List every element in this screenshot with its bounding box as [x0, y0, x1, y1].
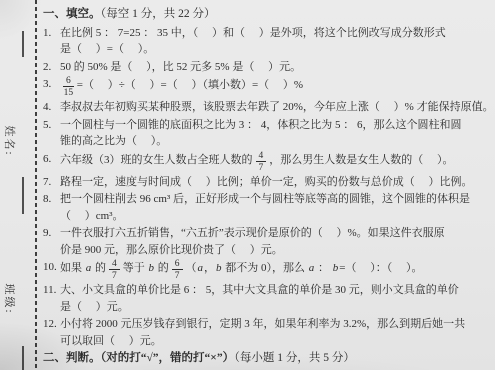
question-number: 1. — [43, 25, 51, 42]
question-text: 如果 — [60, 262, 85, 274]
question-number: 5. — [43, 117, 51, 134]
fraction-denominator: 7 — [256, 162, 267, 173]
question-text: 把一个圆柱削去 96 cm³ 后，正好形成一个与圆柱等底等高的圆锥，这个圆锥的体… — [60, 193, 470, 205]
question-line: 一个圆柱与一个圆锥的底面积之比为 3 ： 4，体积之比为 5 ： 6，那么这个圆… — [60, 117, 483, 134]
question-line: 是（ ）元。 — [60, 299, 483, 316]
question-item: 12.小付将 2000 元压岁钱存到银行，定期 3 年，如果年利率为 3.2%，… — [43, 316, 483, 349]
question-number: 6. — [43, 151, 51, 168]
question-text: 可以取回（ ）元。 — [60, 335, 162, 347]
question-text: 李叔叔去年初购买某种股票，该股票去年跌了 20%，今年应上涨（ ）% 才能保持原… — [60, 101, 494, 113]
question-text: 50 的 50% 是（ ），比 52 元多 5% 是（ ）元。 — [60, 61, 301, 73]
question-line: 把一个圆柱削去 96 cm³ 后，正好形成一个与圆柱等底等高的圆锥，这个圆锥的体… — [60, 191, 483, 208]
question-text: 是（ ）=（ ）。 — [60, 43, 154, 55]
question-text: ， — [204, 262, 215, 274]
question-item: 6.六年级（3）班的女生人数占全班人数的47，那么男生人数是女生人数的（ ）。 — [43, 151, 483, 173]
section-judge-title: 二、判断。（对的打“√”，错的打“×”） — [43, 352, 234, 364]
fraction-denominator: 15 — [63, 87, 74, 98]
fraction-numerator: 6 — [172, 259, 183, 270]
name-writing-line — [22, 177, 24, 214]
section-judge-meta: （每小题 1 分，共 5 分） — [234, 352, 355, 364]
name-label: 姓名: — [2, 124, 18, 158]
question-line: 锥的高之比为（ ）。 — [60, 133, 483, 150]
section-judge-header: 二、判断。（对的打“√”，错的打“×”）（每小题 1 分，共 5 分） — [43, 350, 483, 367]
question-line: 可以取回（ ）元。 — [60, 333, 483, 350]
variable: b — [215, 262, 223, 274]
question-number: 2. — [43, 59, 51, 76]
fraction: 47 — [256, 151, 267, 173]
fraction-numerator: 4 — [109, 259, 120, 270]
fraction-denominator: 7 — [109, 270, 120, 281]
binding-dashed-line — [35, 0, 37, 370]
question-number: 4. — [43, 99, 51, 116]
question-number: 11. — [43, 282, 56, 299]
question-text: ： — [315, 262, 332, 274]
variable: b — [148, 262, 156, 274]
question-line: （ ）cm³。 — [60, 208, 483, 225]
question-line: 50 的 50% 是（ ），比 52 元多 5% 是（ ）元。 — [60, 59, 483, 76]
question-text: =（ ）：（ ）。 — [339, 262, 422, 274]
question-number: 7. — [43, 174, 51, 191]
question-line: 如果 a 的47等于 b 的67（a，b 都不为 0），那么 a ： b=（ ）… — [60, 259, 483, 281]
question-line: 大、小文具盒的单价比是 6 ： 5，其中大文具盒的单价是 30 元，则小文具盒的… — [60, 282, 483, 299]
question-text: 路程一定，速度与时间成（ ）比例；单价一定，购买的份数与总价成（ ）比例。 — [60, 176, 473, 188]
question-item: 11.大、小文具盒的单价比是 6 ： 5，其中大文具盒的单价是 30 元，则小文… — [43, 282, 483, 315]
question-text: 锥的高之比为（ ）。 — [60, 135, 167, 147]
question-text: 等于 — [123, 262, 148, 274]
question-text: （ — [186, 262, 197, 274]
question-number: 12. — [43, 316, 57, 333]
section-fill-in-title: 一、填空。 — [43, 8, 101, 20]
question-text: ，那么男生人数是女生人数的（ ）。 — [269, 154, 453, 166]
exam-paper-page: 姓名: 班级: 一、填空。（每空 1 分，共 22 分） 1.在比例 5 ： 7… — [0, 0, 495, 370]
question-line: 一件衣服打六五折销售，“六五折”表示现价是原价的（ ）%。如果这件衣服原 — [60, 225, 483, 242]
question-line: 在比例 5 ： 7=25 ： 35 中，（ ）和（ ）是外项，将这个比例改写成分… — [60, 25, 483, 42]
question-text: 一件衣服打六五折销售，“六五折”表示现价是原价的（ ）%。如果这件衣服原 — [60, 227, 445, 239]
question-text: =（ ）÷（ ）=（ ）（填小数）=（ ）% — [77, 79, 303, 91]
question-item: 4.李叔叔去年初购买某种股票，该股票去年跌了 20%，今年应上涨（ ）% 才能保… — [43, 99, 483, 116]
question-line: 是（ ）=（ ）。 — [60, 41, 483, 58]
question-line: 小付将 2000 元压岁钱存到银行，定期 3 年，如果年利率为 3.2%，那么到… — [60, 316, 483, 333]
fraction: 615 — [63, 76, 74, 98]
question-text: 是（ ）元。 — [60, 301, 129, 313]
question-text: （ ）cm³。 — [60, 210, 124, 222]
question-line: 615=（ ）÷（ ）=（ ）（填小数）=（ ）% — [60, 76, 483, 98]
question-item: 7.路程一定，速度与时间成（ ）比例；单价一定，购买的份数与总价成（ ）比例。 — [43, 174, 483, 191]
question-text: 的 — [92, 262, 106, 274]
question-item: 3.615=（ ）÷（ ）=（ ）（填小数）=（ ）% — [43, 76, 483, 98]
section-fill-in-header: 一、填空。（每空 1 分，共 22 分） — [43, 6, 483, 23]
fraction: 47 — [109, 259, 120, 281]
question-number: 8. — [43, 191, 51, 208]
question-text: 大、小文具盒的单价比是 6 ： 5，其中大文具盒的单价是 30 元，则小文具盒的… — [60, 284, 459, 296]
question-item: 5.一个圆柱与一个圆锥的底面积之比为 3 ： 4，体积之比为 5 ： 6，那么这… — [43, 117, 483, 150]
fraction-numerator: 4 — [256, 151, 267, 162]
question-item: 10.如果 a 的47等于 b 的67（a，b 都不为 0），那么 a ： b=… — [43, 259, 483, 281]
fraction: 67 — [172, 259, 183, 281]
class-writing-line — [22, 346, 24, 370]
question-number: 9. — [43, 225, 51, 242]
question-text: 都不为 0），那么 — [223, 262, 308, 274]
class-label: 班级: — [2, 282, 18, 316]
question-text: 小付将 2000 元压岁钱存到银行，定期 3 年，如果年利率为 3.2%，那么到… — [60, 318, 465, 330]
question-text: 价是 900 元，那么原价比现价贵了（ ）元。 — [60, 244, 283, 256]
question-line: 价是 900 元，那么原价比现价贵了（ ）元。 — [60, 242, 483, 259]
question-number: 3. — [43, 76, 51, 93]
question-text: 六年级（3）班的女生人数占全班人数的 — [60, 154, 253, 166]
question-item: 2.50 的 50% 是（ ），比 52 元多 5% 是（ ）元。 — [43, 59, 483, 76]
fraction-denominator: 7 — [172, 270, 183, 281]
question-number: 10. — [43, 259, 57, 276]
question-text: 在比例 5 ： 7=25 ： 35 中，（ ）和（ ）是外项，将这个比例改写成分… — [60, 27, 446, 39]
question-line: 路程一定，速度与时间成（ ）比例；单价一定，购买的份数与总价成（ ）比例。 — [60, 174, 483, 191]
question-text: 的 — [155, 262, 169, 274]
question-line: 李叔叔去年初购买某种股票，该股票去年跌了 20%，今年应上涨（ ）% 才能保持原… — [60, 99, 483, 116]
blank-writing-line — [22, 31, 24, 57]
question-text: 一个圆柱与一个圆锥的底面积之比为 3 ： 4，体积之比为 5 ： 6，那么这个圆… — [60, 119, 462, 131]
variable: a — [197, 262, 205, 274]
section-fill-in-meta: （每空 1 分，共 22 分） — [101, 8, 216, 20]
question-item: 9.一件衣服打六五折销售，“六五折”表示现价是原价的（ ）%。如果这件衣服原价是… — [43, 225, 483, 258]
question-line: 六年级（3）班的女生人数占全班人数的47，那么男生人数是女生人数的（ ）。 — [60, 151, 483, 173]
question-list: 1.在比例 5 ： 7=25 ： 35 中，（ ）和（ ）是外项，将这个比例改写… — [43, 25, 483, 350]
paper-content: 一、填空。（每空 1 分，共 22 分） 1.在比例 5 ： 7=25 ： 35… — [43, 6, 483, 369]
question-item: 8.把一个圆柱削去 96 cm³ 后，正好形成一个与圆柱等底等高的圆锥，这个圆锥… — [43, 191, 483, 224]
question-item: 1.在比例 5 ： 7=25 ： 35 中，（ ）和（ ）是外项，将这个比例改写… — [43, 25, 483, 58]
fraction-numerator: 6 — [63, 76, 74, 87]
